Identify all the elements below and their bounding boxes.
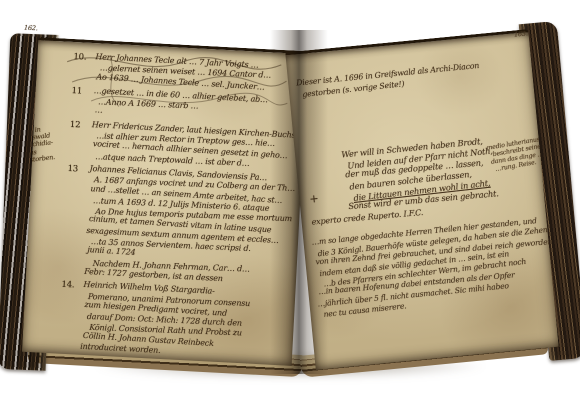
entry-number: 14.: [61, 280, 74, 291]
entry-number: 13: [67, 164, 78, 175]
right-page-text: Dieser ist A. 1696 in Greifswald als Arc…: [286, 32, 554, 320]
left-page: 10. Herr Johannes Tecle alt … 7 Jahr Voi…: [22, 37, 308, 366]
closing-paragraph: …m so lange obgedachte Herren Theilen hi…: [311, 216, 546, 319]
register-entry-14: 14. Heinrich Wilhelm Voß Stargardia-Pome…: [56, 279, 291, 363]
entry-number: 12: [70, 120, 81, 131]
margin-plus-mark: +: [309, 194, 319, 205]
manuscript-book-photo: 162. 163. 10. Herr Johannes Tecle alt … …: [0, 0, 580, 397]
register-entry-13: 13 Johannes Felicianus Clavis, Sandovien…: [60, 163, 298, 288]
entry-lines: Heinrich Wilhelm Voß Stargardia-Pomerano…: [80, 280, 291, 363]
cross-reference-note: Dieser ist A. 1696 in Greifswald als Arc…: [296, 57, 525, 100]
ink-scribble-overlay: [56, 43, 295, 127]
entry-lines: Johannes Felicianus Clavis, Sandoviensis…: [84, 164, 298, 288]
entry-lines: Herr Fridericus Zander, laut hiesigen Ki…: [90, 120, 300, 172]
page-number-left: 162.: [24, 24, 38, 33]
right-page: Dieser ist A. 1696 in Greifswald als Arc…: [285, 29, 558, 370]
page-number-right: 163.: [514, 29, 528, 38]
